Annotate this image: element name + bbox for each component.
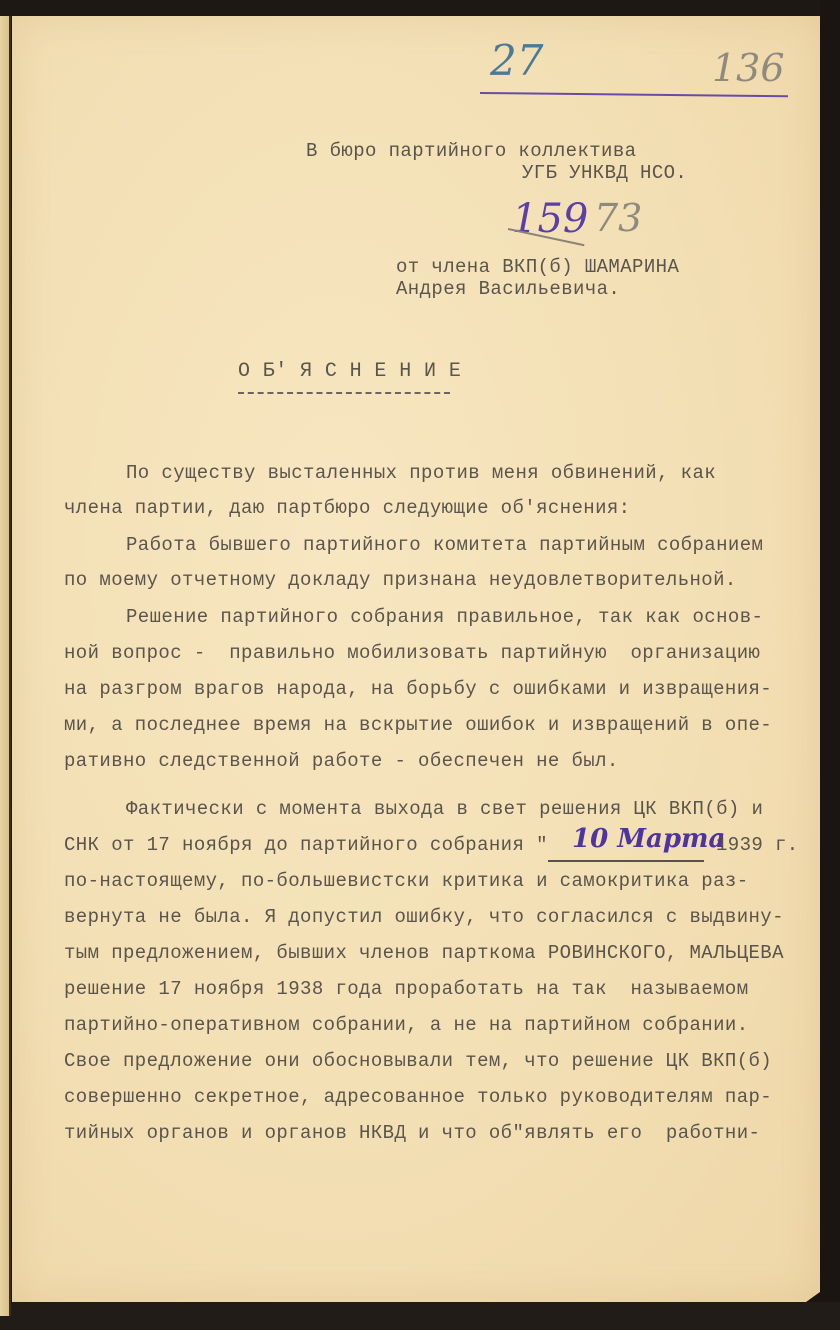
body-line: на разгром врагов народа, на борьбу с ош…: [64, 678, 772, 700]
from-line-2: Андрея Васильевича.: [396, 278, 620, 300]
scan-backdrop-bottom: [0, 1302, 840, 1330]
body-line: Работа бывшего партийного комитета парти…: [126, 534, 763, 556]
title-underline: [238, 392, 450, 394]
date-underline: [548, 860, 704, 862]
body-line: Фактически с момента выхода в свет решен…: [126, 798, 763, 820]
body-line: тым предложением, бывших членов парткома…: [64, 942, 784, 964]
body-line: по-настоящему, по-большевистски критика …: [64, 870, 749, 892]
handwritten-number-blue: 27: [490, 36, 543, 85]
body-line: решение 17 ноября 1938 года проработать …: [64, 978, 749, 1000]
body-line: ми, а последнее время на вскрытие ошибок…: [64, 714, 772, 736]
handwritten-date: 10 Марта: [572, 824, 725, 854]
addressee-line-2: УГБ УНКВД НСО.: [522, 162, 687, 184]
body-line: совершенно секретное, адресованное тольк…: [64, 1086, 772, 1108]
body-line: тийных органов и органов НКВД и что об"я…: [64, 1122, 760, 1144]
body-line: Решение партийного собрания правильное, …: [126, 606, 763, 628]
scan-backdrop-top: [0, 0, 840, 16]
document-title: О Б' Я С Н Е Н И Е: [238, 360, 461, 383]
body-line: партийно-оперативном собрании, а не на п…: [64, 1014, 749, 1036]
addressee-line-1: В бюро партийного коллектива: [306, 140, 636, 162]
body-line: по моему отчетному докладу признана неуд…: [64, 569, 737, 591]
body-line: члена партии, даю партбюро следующие об'…: [64, 497, 631, 519]
from-line-1: от члена ВКП(б) ШАМАРИНА: [396, 256, 679, 278]
handwritten-number-pencil-value: 73: [594, 196, 642, 240]
date-line-tail: 1939 г.: [716, 834, 799, 856]
handwritten-number-violet: 159: [512, 196, 588, 242]
scan-backdrop-right: [820, 0, 840, 1330]
body-line: По существу высталенных против меня обви…: [126, 462, 716, 484]
body-line: вернута не была. Я допустил ошибку, что …: [64, 906, 784, 928]
adjacent-sheet-edge: [0, 16, 11, 1316]
body-line: СНК от 17 ноября до партийного собрания …: [64, 834, 548, 856]
strikethrough-line: [480, 92, 788, 97]
body-line: ной вопрос - правильно мобилизовать парт…: [64, 642, 760, 664]
document-page: 27 136 В бюро партийного коллектива УГБ …: [12, 16, 820, 1302]
body-line: Свое предложение они обосновывали тем, ч…: [64, 1050, 772, 1072]
body-line: ративно следственной работе - обеспечен …: [64, 750, 619, 772]
handwritten-page-number: 136: [712, 46, 785, 90]
